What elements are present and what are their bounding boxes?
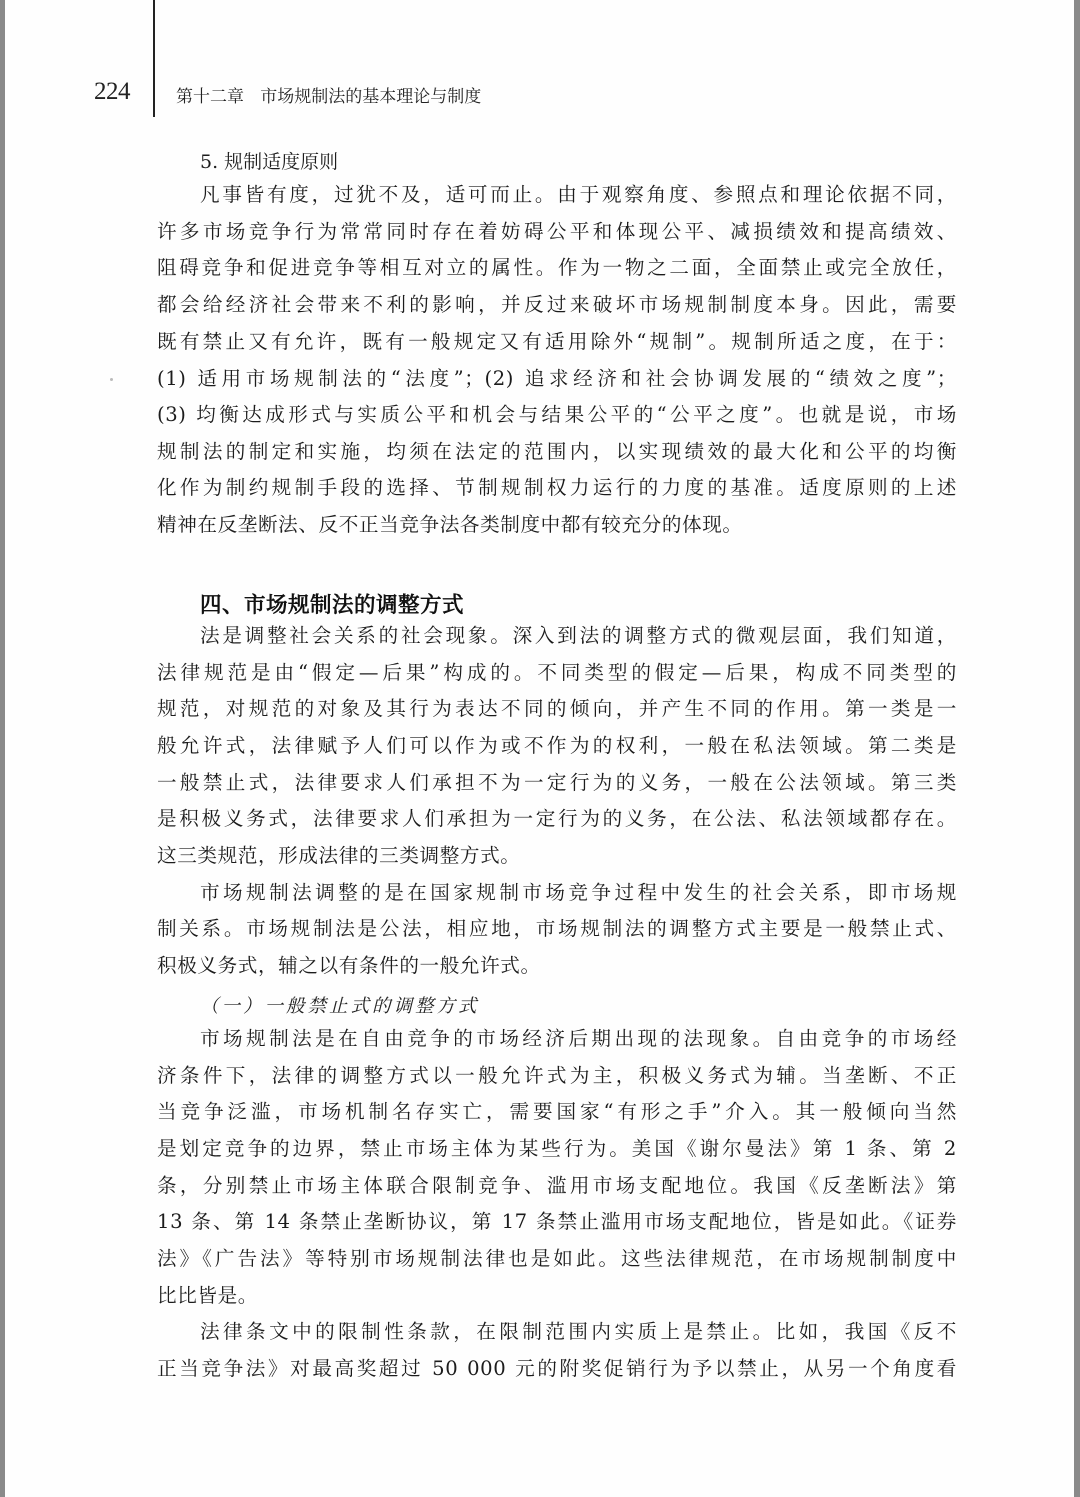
paragraph-line: 13 条、第 14 条禁止垄断协议，第 17 条禁止滥用市场支配地位，皆是如此。… [157,1210,957,1234]
paragraph-line: 法律条文中的限制性条款，在限制范围内实质上是禁止。比如，我国《反不 [200,1320,957,1344]
paragraph-line: 法是调整社会关系的社会现象。深入到法的调整方式的微观层面，我们知道， [200,624,957,648]
paragraph-line: 正当竞争法》对最高奖超过 50 000 元的附奖促销行为予以禁止，从另一个角度看 [157,1357,957,1381]
paragraph-line: 阻碍竞争和促进竞争等相互对立的属性。作为一物之二面，全面禁止或完全放任， [157,256,957,280]
paragraph-line: 是划定竞争的边界，禁止市场主体为某些行为。美国《谢尔曼法》第 1 条、第 2 [157,1137,957,1161]
paragraph-line: 比比皆是。 [157,1284,957,1308]
section-heading-4: 四、市场规制法的调整方式 [200,588,464,619]
paragraph-line: 法律规范是由“假定—后果”构成的。不同类型的假定—后果，构成不同类型的 [157,661,957,685]
paragraph-line: 既有禁止又有允许，既有一般规定又有适用除外“规制”。规制所适之度，在于： [157,330,957,354]
running-head-chapter: 第十二章 市场规制法的基本理论与制度 [176,82,481,107]
scan-speck [110,378,113,381]
paragraph-line: 一般禁止式，法律要求人们承担不为一定行为的义务，一般在公法领域。第三类 [157,771,957,795]
paragraph-line: 规范，对规范的对象及其行为表达不同的倾向，并产生不同的作用。第一类是一 [157,697,957,721]
header-vertical-rule [153,0,155,117]
subsection-title-1: （一）一般禁止式的调整方式 [200,992,480,1018]
paragraph-line: 积极义务式，辅之以有条件的一般允许式。 [157,954,957,978]
subsection-title-5: 5. 规制适度原则 [200,147,338,174]
paragraph-line: 制关系。市场规制法是公法，相应地，市场规制法的调整方式主要是一般禁止式、 [157,917,957,941]
paragraph-line: 法》《广告法》等特别市场规制法律也是如此。这些法律规范，在市场规制制度中 [157,1247,957,1271]
paragraph-line: (3) 均衡达成形式与实质公平和机会与结果公平的“公平之度”。也就是说，市场 [157,403,957,427]
paragraph-line: 条，分别禁止市场主体联合限制竞争、滥用市场支配地位。我国《反垄断法》第 [157,1174,957,1198]
paragraph-line: (1) 适用市场规制法的“法度”；(2) 追求经济和社会协调发展的“绩效之度”； [157,367,957,391]
paragraph-line: 当竞争泛滥，市场机制名存实亡，需要国家“有形之手”介入。其一般倾向当然 [157,1100,957,1124]
paragraph-line: 规制法的制定和实施，均须在法定的范围内，以实现绩效的最大化和公平的均衡 [157,440,957,464]
paragraph-line: 许多市场竞争行为常常同时存在着妨碍公平和体现公平、减损绩效和提高绩效、 [157,220,957,244]
paragraph-line: 精神在反垄断法、反不正当竞争法各类制度中都有较充分的体现。 [157,513,957,537]
paragraph-line: 化作为制约规制手段的选择、节制规制权力运行的力度的基准。适度原则的上述 [157,476,957,500]
paragraph-line: 般允许式，法律赋予人们可以作为或不作为的权利，一般在私法领域。第二类是 [157,734,957,758]
paragraph-line: 市场规制法是在自由竞争的市场经济后期出现的法现象。自由竞争的市场经 [200,1027,957,1051]
paragraph-line: 市场规制法调整的是在国家规制市场竞争过程中发生的社会关系，即市场规 [200,881,957,905]
paragraph-line: 济条件下，法律的调整方式以一般允许式为主，积极义务式为辅。当垄断、不正 [157,1064,957,1088]
paragraph-line: 是积极义务式，法律要求人们承担为一定行为的义务，在公法、私法领域都存在。 [157,807,957,831]
paragraph-line: 凡事皆有度，过犹不及，适可而止。由于观察角度、参照点和理论依据不同， [200,183,957,207]
paragraph-line: 这三类规范，形成法律的三类调整方式。 [157,844,957,868]
scan-edge-right [1074,0,1080,1497]
page-number: 224 [94,78,130,106]
paragraph-line: 都会给经济社会带来不利的影响，并反过来破坏市场规制制度本身。因此，需要 [157,293,957,317]
